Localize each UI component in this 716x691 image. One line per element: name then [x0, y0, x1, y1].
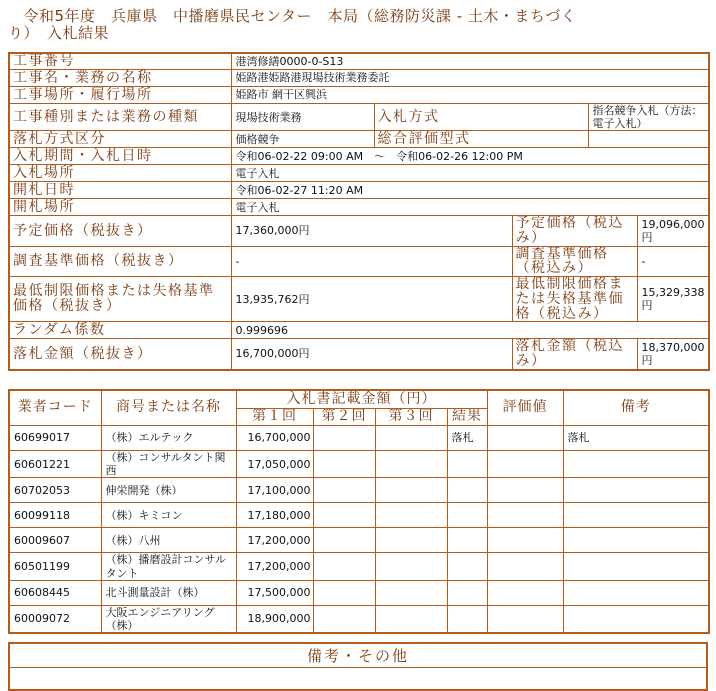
detail-label: 落札金額（税抜き） — [9, 339, 231, 370]
detail-value: 港湾修繕0000-0-S13 — [231, 53, 709, 70]
bid-amount-r3-cell — [375, 503, 447, 528]
vendor-name-cell: （株）キミコン — [101, 503, 236, 528]
vendor-code-cell: 60009072 — [9, 605, 101, 633]
detail-label: 予定価格（税抜き） — [9, 216, 231, 246]
bid-row: 60702053 伸栄開発（株） 17,100,000 — [9, 478, 709, 503]
detail-row: 入札期間・入札日時 令和06-02-22 09:00 AM ～ 令和06-02-… — [9, 148, 709, 165]
bid-amount-r3-cell — [375, 528, 447, 553]
result-header: 結果 — [447, 409, 487, 426]
detail-label: 入札期間・入札日時 — [9, 148, 231, 165]
bid-amount-r3-cell — [375, 553, 447, 580]
result-cell — [447, 478, 487, 503]
detail-value: 姫路港姫路港現場技術業務委託 — [231, 70, 709, 87]
detail-label: 調査基準価格（税抜き） — [9, 246, 231, 276]
detail-label: 工事名・業務の名称 — [9, 70, 231, 87]
detail-value: - — [637, 246, 709, 276]
detail-value: 令和06-02-22 09:00 AM ～ 令和06-02-26 12:00 P… — [231, 148, 709, 165]
bid-amount-r1-cell: 17,200,000 — [236, 528, 313, 553]
vendor-code-cell: 60608445 — [9, 580, 101, 605]
vendor-name-cell: 北斗測量設計（株） — [101, 580, 236, 605]
detail-value: 13,935,762円 — [231, 277, 512, 322]
vendor-name-cell: 大阪エンジニアリング（株） — [101, 605, 236, 633]
detail-value: 姫路市 網干区興浜 — [231, 87, 709, 104]
detail-row: 工事場所・履行場所 姫路市 網干区興浜 — [9, 87, 709, 104]
vendor-code-cell: 60699017 — [9, 426, 101, 451]
remarks-cell — [563, 478, 709, 503]
detail-row: 予定価格（税抜き） 17,360,000円 予定価格（税込み） 19,096,0… — [9, 216, 709, 246]
bid-amount-r2-cell — [313, 478, 375, 503]
evaluation-cell — [487, 580, 563, 605]
detail-row: 工事名・業務の名称 姫路港姫路港現場技術業務委託 — [9, 70, 709, 87]
page-title: 令和5年度 兵庫県 中播磨県民センター 本局（総務防災課 - 土木・まちづく り… — [8, 8, 708, 43]
evaluation-cell — [487, 451, 563, 478]
detail-label: ランダム係数 — [9, 322, 231, 339]
remarks-cell — [563, 605, 709, 633]
vendor-code-cell: 60009607 — [9, 528, 101, 553]
detail-row: ランダム係数 0.999696 — [9, 322, 709, 339]
bid-row: 60699017 （株）エルテック 16,700,000 落札 落札 — [9, 426, 709, 451]
result-cell — [447, 580, 487, 605]
detail-label: 工事番号 — [9, 53, 231, 70]
vendor-name-cell: （株）コンサルタント関西 — [101, 451, 236, 478]
bid-amount-r2-cell — [313, 580, 375, 605]
detail-value: 電子入札 — [231, 165, 709, 182]
evaluation-cell — [487, 426, 563, 451]
detail-label: 最低制限価格または失格基準価格（税抜き） — [9, 277, 231, 322]
detail-label: 開札場所 — [9, 199, 231, 216]
detail-label: 総合評価型式 — [374, 131, 588, 148]
bid-row: 60601221 （株）コンサルタント関西 17,050,000 — [9, 451, 709, 478]
remarks-cell — [563, 553, 709, 580]
vendor-code-cell: 60702053 — [9, 478, 101, 503]
bids-header-row-1: 業者コード 商号または名称 入札書記載金額（円） 評価値 備考 — [9, 390, 709, 409]
bid-amount-r1-cell: 17,180,000 — [236, 503, 313, 528]
vendor-code-cell: 60099118 — [9, 503, 101, 528]
detail-label: 開札日時 — [9, 182, 231, 199]
detail-label: 入札場所 — [9, 165, 231, 182]
evaluation-cell — [487, 478, 563, 503]
detail-label: 工事種別または業務の種類 — [9, 104, 231, 131]
round2-header: 第２回 — [313, 409, 375, 426]
remarks-cell — [563, 580, 709, 605]
remarks-cell — [563, 451, 709, 478]
result-cell — [447, 553, 487, 580]
detail-row: 工事番号 港湾修繕0000-0-S13 — [9, 53, 709, 70]
detail-row: 工事種別または業務の種類 現場技術業務 入札方式 指名競争入札（方法：電子入札） — [9, 104, 709, 131]
bid-amount-r1-cell: 17,500,000 — [236, 580, 313, 605]
bid-amount-group-header: 入札書記載金額（円） — [236, 390, 487, 409]
bid-row: 60009607 （株）八州 17,200,000 — [9, 528, 709, 553]
bid-amount-r3-cell — [375, 605, 447, 633]
detail-value: 現場技術業務 — [231, 104, 374, 131]
bid-amount-r1-cell: 17,200,000 — [236, 553, 313, 580]
detail-row: 調査基準価格（税抜き） - 調査基準価格（税込み） - — [9, 246, 709, 276]
result-cell — [447, 503, 487, 528]
vendor-name-cell: （株）播磨設計コンサルタント — [101, 553, 236, 580]
remarks-table: 備考・その他 — [8, 642, 708, 691]
detail-label: 工事場所・履行場所 — [9, 87, 231, 104]
detail-value: 15,329,338円 — [637, 277, 709, 322]
detail-row: 落札方式区分 価格競争 総合評価型式 — [9, 131, 709, 148]
vendor-name-cell: （株）八州 — [101, 528, 236, 553]
detail-value: 0.999696 — [231, 322, 709, 339]
bid-amount-r3-cell — [375, 580, 447, 605]
evaluation-cell — [487, 605, 563, 633]
bid-amount-r2-cell — [313, 426, 375, 451]
bid-row: 60009072 大阪エンジニアリング（株） 18,900,000 — [9, 605, 709, 633]
detail-value: 17,360,000円 — [231, 216, 512, 246]
details-table: 工事番号 港湾修繕0000-0-S13 工事名・業務の名称 姫路港姫路港現場技術… — [8, 52, 710, 371]
bid-amount-r2-cell — [313, 451, 375, 478]
detail-row: 入札場所 電子入札 — [9, 165, 709, 182]
detail-value: 指名競争入札（方法：電子入札） — [588, 104, 709, 131]
detail-label: 予定価格（税込み） — [512, 216, 637, 246]
result-cell — [447, 605, 487, 633]
vendor-name-cell: 伸栄開発（株） — [101, 478, 236, 503]
bid-row: 60099118 （株）キミコン 17,180,000 — [9, 503, 709, 528]
vendor-code-cell: 60501199 — [9, 553, 101, 580]
remarks-cell — [563, 503, 709, 528]
evaluation-cell — [487, 553, 563, 580]
bid-amount-r1-cell: 17,100,000 — [236, 478, 313, 503]
detail-row: 開札日時 令和06-02-27 11:20 AM — [9, 182, 709, 199]
round3-header: 第３回 — [375, 409, 447, 426]
detail-value — [588, 131, 709, 148]
vendor-name-cell: （株）エルテック — [101, 426, 236, 451]
detail-label: 調査基準価格（税込み） — [512, 246, 637, 276]
bid-amount-r2-cell — [313, 528, 375, 553]
bid-row: 60608445 北斗測量設計（株） 17,500,000 — [9, 580, 709, 605]
result-cell — [447, 451, 487, 478]
bids-table: 業者コード 商号または名称 入札書記載金額（円） 評価値 備考 第１回 第２回 … — [8, 389, 710, 635]
remarks-cell — [563, 528, 709, 553]
detail-row: 落札金額（税抜き） 16,700,000円 落札金額（税込み） 18,370,0… — [9, 339, 709, 370]
remarks-section-content — [9, 668, 707, 690]
detail-value: 16,700,000円 — [231, 339, 512, 370]
detail-label: 最低制限価格または失格基準価格（税込み） — [512, 277, 637, 322]
detail-value: 18,370,000円 — [637, 339, 709, 370]
bid-amount-r1-cell: 18,900,000 — [236, 605, 313, 633]
detail-value: 価格競争 — [231, 131, 374, 148]
remarks-cell: 落札 — [563, 426, 709, 451]
vendor-code-header: 業者コード — [9, 390, 101, 426]
vendor-name-header: 商号または名称 — [101, 390, 236, 426]
bid-amount-r3-cell — [375, 478, 447, 503]
evaluation-header: 評価値 — [487, 390, 563, 426]
detail-value: 電子入札 — [231, 199, 709, 216]
detail-label: 入札方式 — [374, 104, 588, 131]
evaluation-cell — [487, 528, 563, 553]
detail-value: - — [231, 246, 512, 276]
result-cell — [447, 528, 487, 553]
bid-amount-r3-cell — [375, 451, 447, 478]
detail-row: 開札場所 電子入札 — [9, 199, 709, 216]
bid-amount-r3-cell — [375, 426, 447, 451]
bid-amount-r2-cell — [313, 553, 375, 580]
bid-amount-r2-cell — [313, 503, 375, 528]
bid-amount-r1-cell: 17,050,000 — [236, 451, 313, 478]
detail-value: 19,096,000円 — [637, 216, 709, 246]
bid-amount-r1-cell: 16,700,000 — [236, 426, 313, 451]
bid-row: 60501199 （株）播磨設計コンサルタント 17,200,000 — [9, 553, 709, 580]
detail-value: 令和06-02-27 11:20 AM — [231, 182, 709, 199]
result-cell: 落札 — [447, 426, 487, 451]
remarks-section-title: 備考・その他 — [9, 643, 707, 668]
bid-amount-r2-cell — [313, 605, 375, 633]
detail-row: 最低制限価格または失格基準価格（税抜き） 13,935,762円 最低制限価格ま… — [9, 277, 709, 322]
detail-label: 落札方式区分 — [9, 131, 231, 148]
round1-header: 第１回 — [236, 409, 313, 426]
vendor-code-cell: 60601221 — [9, 451, 101, 478]
remarks-header: 備考 — [563, 390, 709, 426]
detail-label: 落札金額（税込み） — [512, 339, 637, 370]
evaluation-cell — [487, 503, 563, 528]
